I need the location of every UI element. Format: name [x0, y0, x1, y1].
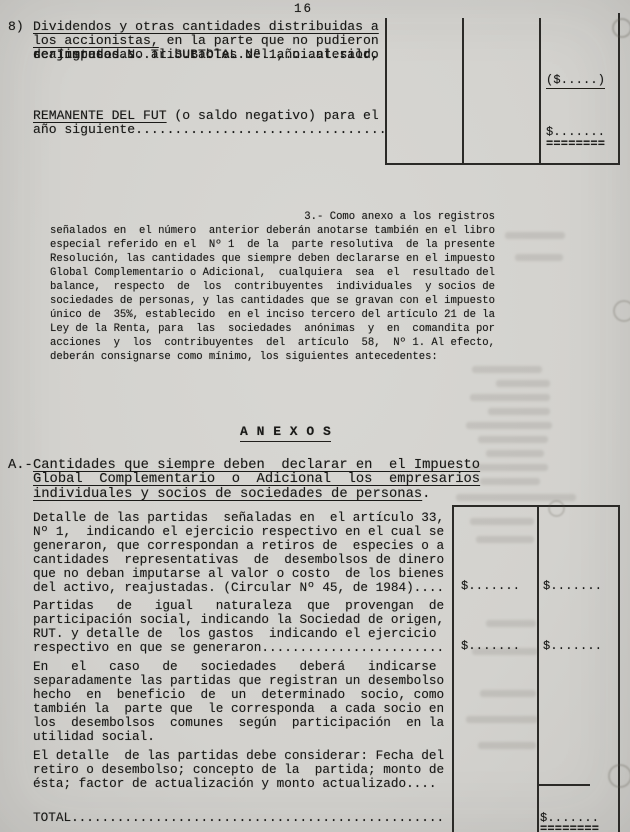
page-number: 16 — [294, 2, 313, 16]
remanente-fut-paragraph: REMANENTE DEL FUT (o saldo negativo) par… — [33, 109, 167, 123]
upper-table-bottom-border — [385, 163, 620, 165]
ink-bleed-artifact — [476, 536, 534, 543]
ink-bleed-artifact — [466, 422, 552, 429]
ink-bleed-artifact — [470, 518, 534, 525]
lower-table-top-border — [452, 505, 620, 507]
lower-table-column-divider — [537, 505, 539, 832]
ink-bleed-artifact — [486, 450, 544, 457]
total-leader-line: TOTAL...................................… — [33, 811, 444, 825]
ink-bleed-artifact — [486, 620, 536, 627]
section-a-heading: Cantidades que siempre deben declarar en… — [33, 459, 480, 502]
annex-paragraph-1: Detalle de las partidas señaladas en el … — [33, 511, 444, 595]
ink-bleed-artifact — [470, 394, 550, 401]
subtotal-rule — [539, 784, 590, 786]
annex-paragraph-4: El detalle de las partidas debe consider… — [33, 749, 444, 791]
annex-amount-row1-col1: $....... — [461, 580, 520, 592]
ink-bleed-artifact — [505, 232, 565, 239]
annex-amount-row2-col2: $....... — [543, 640, 602, 652]
annex-paragraph-2: Partidas de igual naturaleza que proveng… — [33, 599, 444, 655]
section-a-number: A.- — [8, 459, 33, 473]
ink-bleed-artifact — [472, 648, 538, 655]
total-double-rule: ======== — [540, 823, 599, 832]
ink-bleed-artifact — [488, 408, 550, 415]
ink-bleed-artifact — [515, 254, 563, 261]
paragraph-3: 3.- Como anexo a los registrosseñalados … — [50, 210, 495, 364]
ink-bleed-artifact — [466, 716, 538, 723]
item-8-paragraph: Dividendos y otras cantidades distribuid… — [33, 20, 379, 48]
ink-bleed-artifact — [478, 436, 548, 443]
annex-amount-row1-col2: $....... — [543, 580, 602, 592]
scanned-document-page: 16 8) Dividendos y otras cantidades dist… — [0, 0, 630, 832]
scan-smudge — [613, 300, 630, 322]
ink-bleed-artifact — [480, 690, 536, 697]
scan-smudge — [548, 500, 565, 517]
remanente-double-rule: ======== — [546, 138, 605, 150]
item-8-number: 8) — [8, 20, 24, 34]
imputacion-amount-parenthesis: ($.....) — [546, 74, 605, 89]
ink-bleed-artifact — [496, 380, 550, 387]
scan-smudge — [612, 18, 630, 38]
scan-smudge — [608, 764, 630, 788]
lower-table-left-border — [452, 505, 454, 832]
ink-bleed-artifact — [478, 742, 536, 749]
anexos-title: A N E X O S — [240, 424, 331, 442]
upper-table-column-line-3 — [539, 18, 541, 165]
annex-paragraph-3: En el caso de sociedades deberá indicars… — [33, 660, 444, 744]
upper-table-column-line-1 — [385, 18, 387, 165]
ink-bleed-artifact — [470, 464, 548, 471]
upper-table-column-line-2 — [462, 18, 464, 165]
ink-bleed-artifact — [480, 478, 540, 485]
ink-bleed-artifact — [472, 366, 542, 373]
